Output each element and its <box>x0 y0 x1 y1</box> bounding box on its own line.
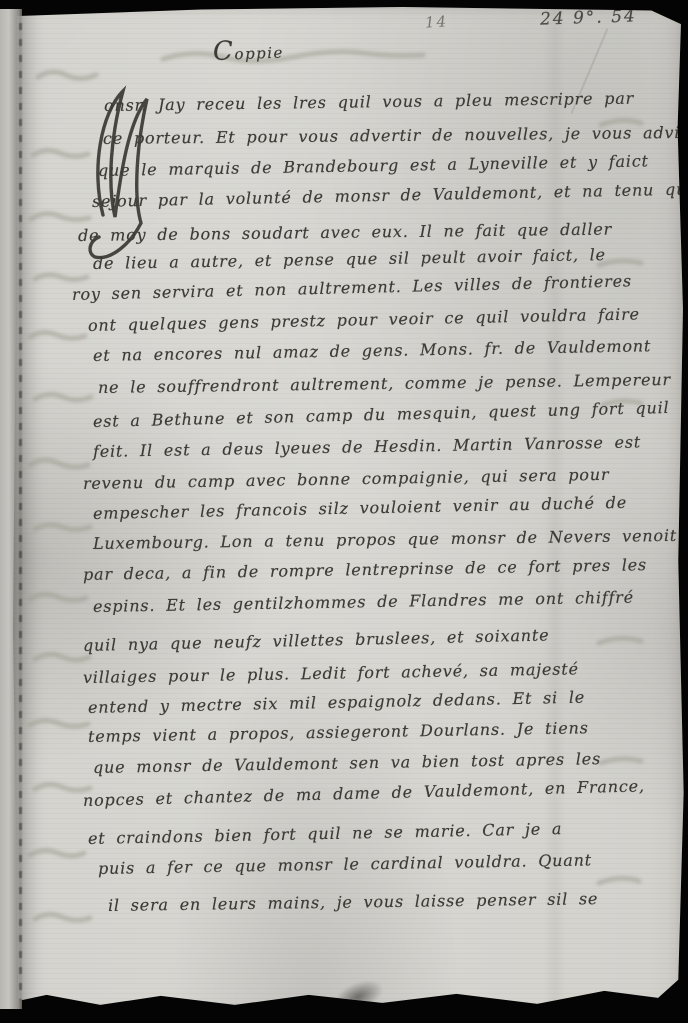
manuscript-scan: 14 24 9°. 54 Coppie onsr. Jay receu les … <box>0 0 688 1023</box>
folio-number-pencil: 14 <box>424 12 448 32</box>
date-annotation-ink: 24 9°. 54 <box>540 6 637 29</box>
gutter-fold-line <box>19 7 22 1014</box>
manuscript-leaf: 14 24 9°. 54 Coppie onsr. Jay receu les … <box>13 7 685 1014</box>
document-heading: Coppie <box>212 35 284 67</box>
